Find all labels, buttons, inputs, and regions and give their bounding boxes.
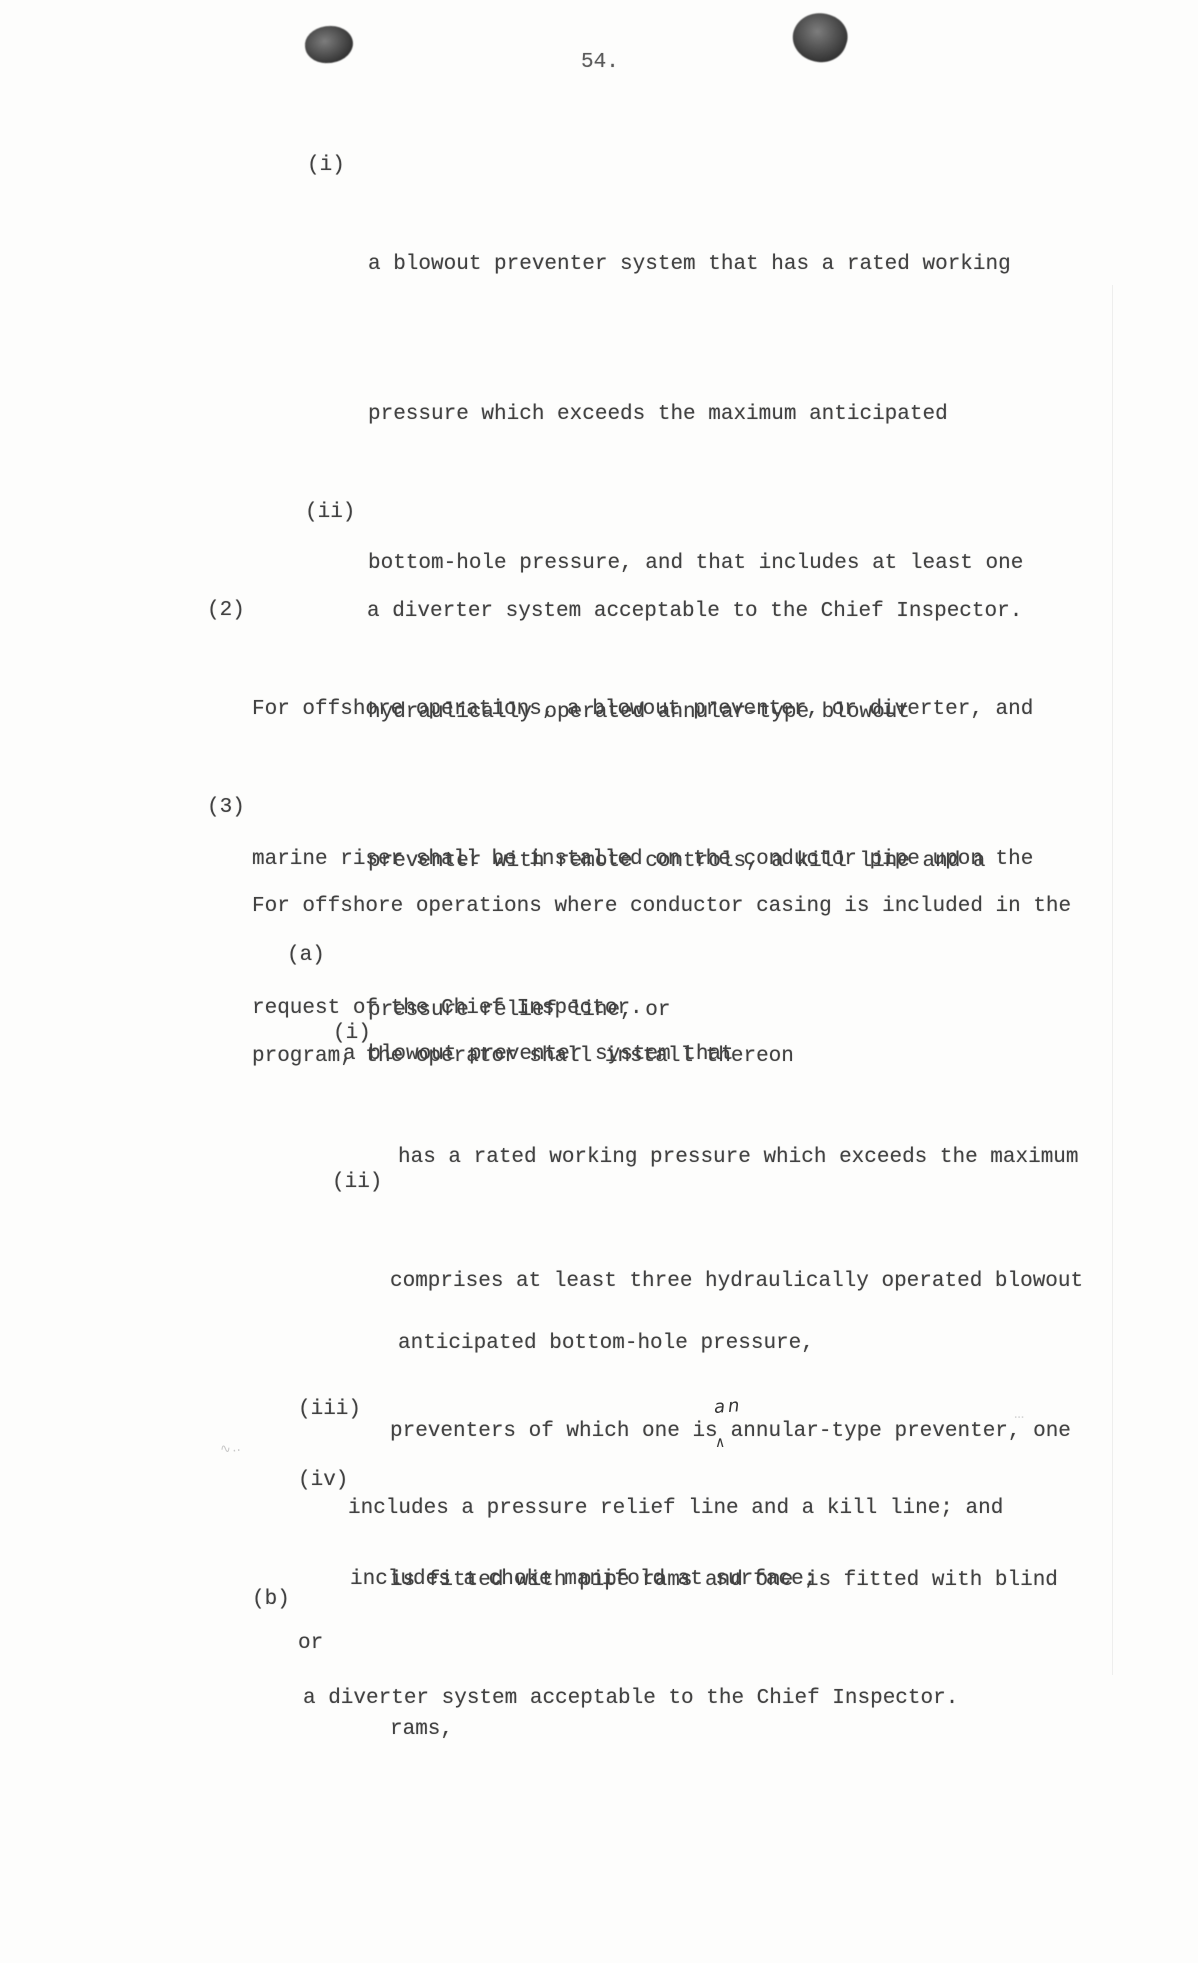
clause-line: a blowout preventer system that has a ra… xyxy=(368,240,1023,290)
ink-blob-left xyxy=(303,23,356,66)
clause-label: (iv) xyxy=(298,1456,350,1506)
clause-line: pressure which exceeds the maximum antic… xyxy=(368,390,1023,440)
trailing-smudge: … xyxy=(1014,1405,1029,1424)
page-number: 54. xyxy=(581,52,619,73)
clause-text: a diverter system acceptable to the Chie… xyxy=(303,1575,958,1824)
document-page: 54. (i) a blowout preventer system that … xyxy=(0,0,1198,1963)
clause-label: (iii) xyxy=(298,1385,348,1435)
clause-line: For offshore operations where conductor … xyxy=(252,882,1071,932)
clause-b: (b) a diverter system acceptable to the … xyxy=(252,1575,958,1824)
clause-label: (i) xyxy=(307,141,368,191)
margin-pencil-scribble: ∿‥ xyxy=(219,1440,242,1458)
clause-label: (ii) xyxy=(332,1158,390,1208)
ink-blob-right xyxy=(787,6,853,69)
clause-line: a diverter system acceptable to the Chie… xyxy=(303,1674,958,1724)
clause-label: (b) xyxy=(252,1575,303,1625)
scan-crease-line xyxy=(1112,285,1113,1675)
clause-label: (i) xyxy=(333,1003,398,1065)
clause-line: comprises at least three hydraulically o… xyxy=(390,1257,1083,1307)
clause-label: (2) xyxy=(207,586,252,636)
clause-line: For offshore operations, a blowout preve… xyxy=(252,685,1033,735)
clause-label: (a) xyxy=(287,931,343,981)
clause-label: (ii) xyxy=(305,488,367,538)
clause-label: (3) xyxy=(207,783,252,833)
